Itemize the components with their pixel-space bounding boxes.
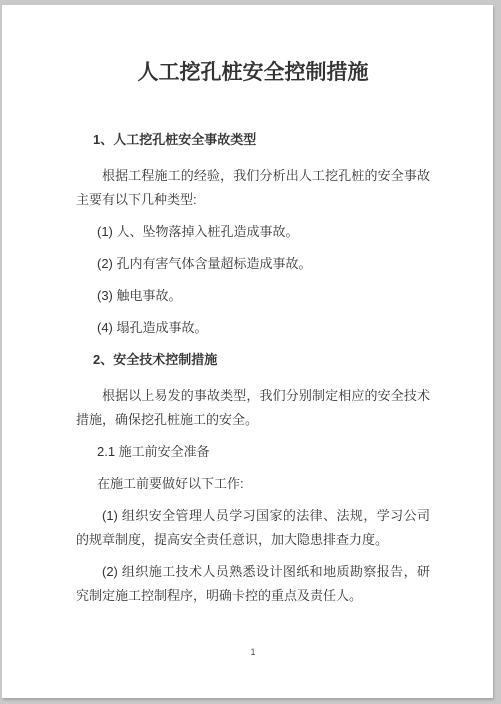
section-heading: 1、人工挖孔桩安全事故类型 (76, 128, 430, 152)
paragraph: 根据以上易发的事故类型，我们分别制定相应的安全技术措施，确保挖孔桩施工的安全。 (76, 384, 430, 432)
paragraph: 根据工程施工的经验，我们分析出人工挖孔桩的安全事故主要有以下几种类型: (76, 164, 430, 212)
list-item: (4) 塌孔造成事故。 (76, 316, 430, 340)
document-body: 1、人工挖孔桩安全事故类型根据工程施工的经验，我们分析出人工挖孔桩的安全事故主要… (76, 128, 430, 608)
paragraph: (1) 组织安全管理人员学习国家的法律、法规，学习公司的规章制度，提高安全责任意… (76, 504, 430, 552)
paragraph: (2) 组织施工技术人员熟悉设计图纸和地质勘察报告，研究制定施工控制程序，明确卡… (76, 560, 430, 608)
list-item: (1) 人、坠物落掉入桩孔造成事故。 (76, 220, 430, 244)
list-item: (3) 触电事故。 (76, 284, 430, 308)
list-item: 在施工前要做好以下工作: (76, 472, 430, 496)
section-heading: 2、安全技术控制措施 (76, 348, 430, 372)
list-item: (2) 孔内有害气体含量超标造成事故。 (76, 252, 430, 276)
document-title: 人工挖孔桩安全控制措施 (76, 60, 430, 86)
document-page: 人工挖孔桩安全控制措施 1、人工挖孔桩安全事故类型根据工程施工的经验，我们分析出… (2, 5, 493, 698)
list-item: 2.1 施工前安全准备 (76, 440, 430, 464)
page-number: 1 (76, 647, 430, 657)
document-viewer: 人工挖孔桩安全控制措施 1、人工挖孔桩安全事故类型根据工程施工的经验，我们分析出… (0, 0, 501, 704)
